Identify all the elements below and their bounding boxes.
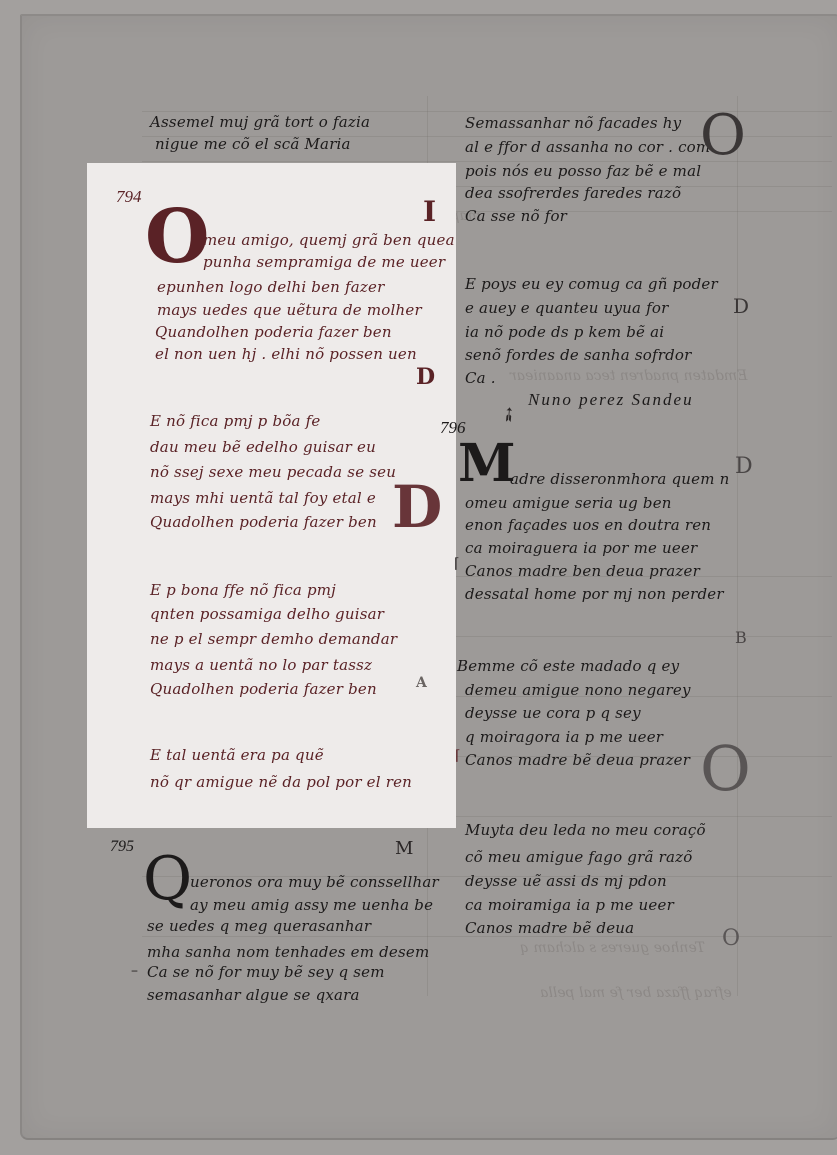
text-line: omeu amigue seria ug ben xyxy=(465,493,672,513)
guide-letter: D xyxy=(735,456,753,478)
text-line: qnten possamiga delho guisar xyxy=(150,604,384,624)
text-line: nõ ssej sexe meu pecada se seu xyxy=(150,462,396,482)
decorated-initial: O xyxy=(700,738,751,800)
text-line: enon façades uos en doutra ren xyxy=(465,515,711,535)
text-line: mays mhi uentã tal foy etal e xyxy=(150,488,376,508)
text-line: mha sanha nom tenhades em desem xyxy=(147,942,429,962)
text-line: Quandolhen poderia fazer ben xyxy=(155,322,392,342)
text-line: Canos madre ben deua prazer xyxy=(465,561,700,581)
text-line: ca moiramiga ia p me ueer xyxy=(465,895,674,915)
text-line: Muyta deu leda no meu coraçõ xyxy=(465,820,706,840)
text-line: Canos madre bẽ deua prazer xyxy=(465,750,690,770)
text-line: Canos madre bẽ deua xyxy=(465,918,634,938)
text-line: mays uedes que uẽtura de molher xyxy=(157,300,422,320)
text-line: ne p el sempr demho demandar xyxy=(150,629,397,649)
guide-letter: D xyxy=(416,366,435,388)
guide-letter: I xyxy=(423,198,436,226)
text-line: dau meu bẽ edelho guisar eu xyxy=(150,437,376,457)
text-line: Ca . xyxy=(465,368,496,388)
text-line: E p bona ffe nõ fica pmj xyxy=(150,580,336,600)
decorated-initial: Q xyxy=(143,849,192,909)
text-line: e auey e quanteu uyua for xyxy=(465,298,668,318)
guide-letter: O xyxy=(722,928,740,950)
text-line: nigue me cõ el scã Maria xyxy=(155,134,351,154)
text-line: deysse ue cora p q sey xyxy=(465,703,641,723)
text-line: Semassanhar nõ facades hy xyxy=(465,113,681,133)
text-line: pois nós eu posso faz bẽ e mal xyxy=(465,161,701,181)
text-line: ca moiraguera ia por me ueer xyxy=(465,538,697,558)
text-line: nõ qr amigue nẽ da pol por el ren xyxy=(150,772,412,792)
guide-letter: B xyxy=(735,630,747,646)
text-line: Quadolhen poderia fazer ben xyxy=(150,679,377,699)
text-line: epunhen logo delhi ben fazer xyxy=(157,277,384,297)
text-line: Quadolhen poderia fazer ben xyxy=(150,512,377,532)
paragraph-mark-icon: – xyxy=(131,963,138,979)
text-line: al e ffor d assanha no cor . com xyxy=(465,137,710,157)
text-line: q moiragora ia p me ueer xyxy=(465,727,663,747)
text-line: Assemel muj grã tort o fazia xyxy=(150,112,370,132)
text-line: Ca sse nõ for xyxy=(465,206,567,226)
decorated-initial: M xyxy=(458,438,516,490)
text-line: el non uen hj . elhi nõ possen uen xyxy=(155,344,417,364)
guide-letter: M xyxy=(395,840,413,858)
bleed-through-text: efraq ffaza ber fe mal pella xyxy=(540,985,732,1001)
text-line: ia nõ pode ds p kem bẽ ai xyxy=(465,322,664,342)
text-line: adre disseronmhora quem n xyxy=(510,469,729,489)
text-line: ueronos ora muy bẽ conssellhar xyxy=(190,872,439,892)
text-line: punha sempramiga de me ueer xyxy=(203,252,445,272)
text-line: deysse uẽ assi ds mj pdon xyxy=(465,871,667,891)
text-line: meu amigo, quemj grã ben quea xyxy=(203,230,455,250)
text-line: E nõ fica pmj p bõa fe xyxy=(150,411,320,431)
text-line: dea ssofrerdes faredes razõ xyxy=(465,183,681,203)
text-line: se uedes q meg querasanhar xyxy=(147,916,371,936)
decorated-initial: D xyxy=(392,478,442,536)
song-number: 795 xyxy=(110,838,134,856)
text-line: senõ fordes de sanha sofrdor xyxy=(465,345,692,365)
paragraph-mark-icon: ⌈ xyxy=(454,556,459,572)
song-number: 794 xyxy=(116,187,142,207)
paragraph-mark-icon: ⌈ xyxy=(455,748,460,764)
author-attribution: Nuno perez Sandeu xyxy=(528,390,694,410)
text-line: Bemme cõ este madado q ey xyxy=(457,656,679,676)
text-line: ay meu amig assy me uenha be xyxy=(190,895,433,915)
guide-letter: A xyxy=(416,676,427,690)
text-line: E poys eu ey comug ca gñ poder xyxy=(465,274,718,294)
text-line: mays a uentã no lo par tassz xyxy=(150,655,372,675)
text-line: demeu amigue nono negarey xyxy=(465,680,691,700)
text-line: cõ meu amigue fago grã razõ xyxy=(465,847,692,867)
text-line: dessatal home por mj non perder xyxy=(465,584,724,604)
text-line: E tal uentã era pa quẽ xyxy=(150,745,324,765)
guide-letter: O xyxy=(700,108,746,164)
bleed-through-text: Tenhoe gueres s alcham q xyxy=(520,940,705,956)
decorated-initial: O xyxy=(145,200,209,274)
guide-letter: D xyxy=(733,296,749,316)
text-line: Ca se nõ for muy bẽ sey q sem xyxy=(147,962,385,982)
text-line: semasanhar algue se qxara xyxy=(147,985,360,1005)
bleed-through-text: Emdaten pnadren teca anaaniear xyxy=(510,368,747,384)
